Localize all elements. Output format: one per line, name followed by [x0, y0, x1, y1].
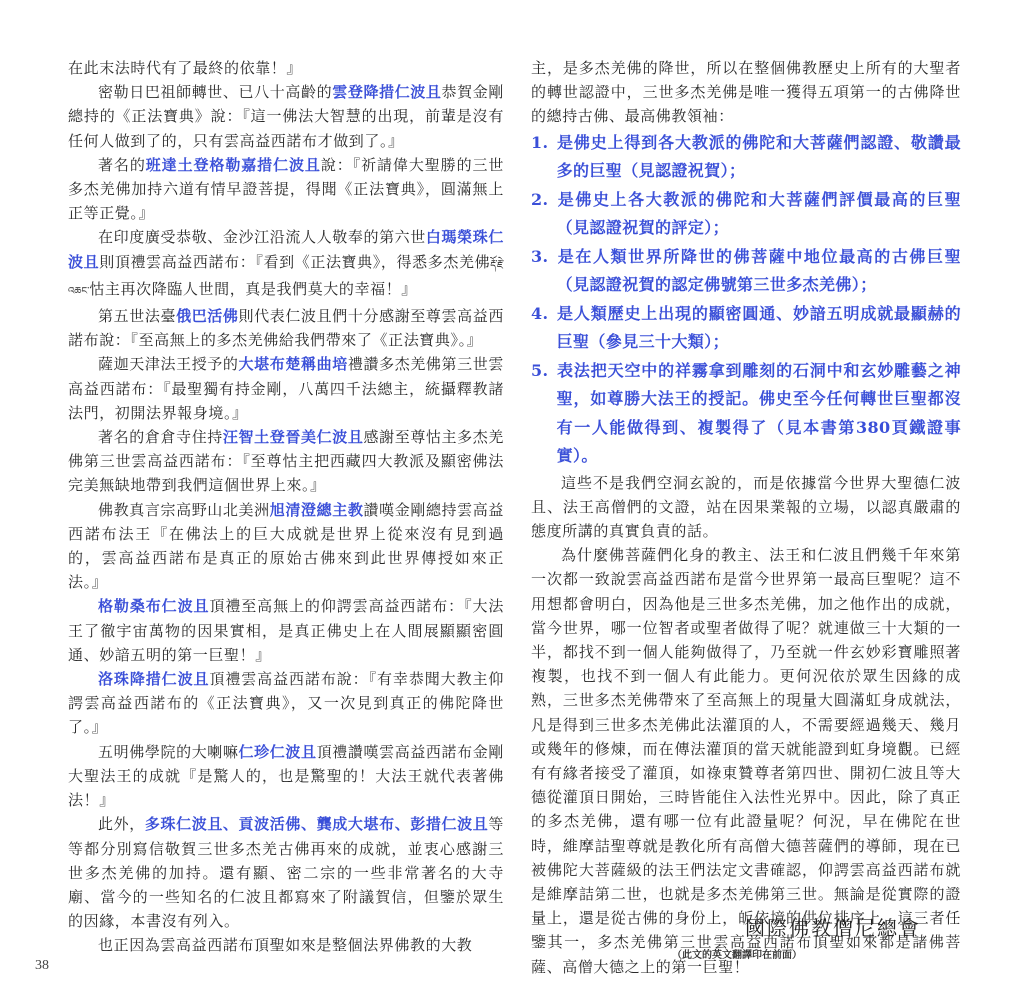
list-text: 是佛史上各大教派的佛陀和大菩薩們評價最高的巨聖（見認證祝賀的評定）；: [557, 190, 961, 238]
page-number: 38: [35, 958, 49, 974]
list-text: 是在人類世界所降世的佛菩薩中地位最高的古佛巨聖（見認證祝賀的認定佛號第三世多杰羌…: [557, 247, 961, 295]
text-segment: 在此末法時代有了最終的依靠！』: [68, 59, 302, 77]
body-paragraph: 著名的倉倉寺住持汪智土登晉美仁波且感謝至尊怙主多杰羌佛第三世雲高益西諾布：『至尊…: [68, 425, 504, 498]
body-paragraph: 密勒日巴祖師轉世、已八十高齡的雲登降措仁波且恭賀金剛總持的《正法寶典》說：『這一…: [68, 80, 504, 153]
highlighted-name: 俄巴活佛: [176, 307, 238, 325]
list-number: 1.: [531, 129, 557, 158]
list-number: 5.: [531, 357, 557, 386]
text-segment: 著名的: [98, 156, 146, 174]
body-paragraph: 格勒桑布仁波且頂禮至高無上的仰諤雲高益西諾布：『大法王了徹宇宙萬物的因果實相，是…: [68, 594, 504, 667]
translation-note: （此文的英文翻譯印在前面）: [672, 946, 802, 961]
text-segment: 第五世法臺: [98, 307, 176, 325]
body-paragraph: 第五世法臺俄巴活佛則代表仁波且們十分感謝至尊雲高益西諾布說：『至高無上的多杰羌佛…: [68, 304, 504, 352]
signature-organization: 國際佛教僧尼總會: [745, 912, 921, 941]
highlighted-name: 多珠仁波且、貢波活佛、龔成大堪布、彭措仁波且: [145, 815, 489, 833]
text-segment: 則頂禮雲高益西諾布：『看到《正法寶典》，得悉多杰羌佛: [99, 253, 490, 271]
highlighted-name: 大堪布楚稱曲培: [239, 355, 348, 373]
body-paragraph: 也正因為雲高益西諾布頂聖如來是整個法界佛教的大教: [68, 933, 504, 957]
highlighted-name: 汪智土登晉美仁波且: [223, 428, 364, 446]
body-paragraph: 五明佛學院的大喇嘛仁珍仁波且頂禮讚嘆雲高益西諾布金剛大聖法王的成就『是驚人的，也…: [68, 740, 504, 813]
highlighted-name: 仁珍仁波且: [239, 743, 317, 761]
list-item: 3.是在人類世界所降世的佛菩薩中地位最高的古佛巨聖（見認證祝賀的認定佛號第三世多…: [531, 243, 961, 300]
left-column: 在此末法時代有了最終的依靠！』密勒日巴祖師轉世、已八十高齡的雲登降措仁波且恭賀金…: [68, 56, 504, 958]
body-paragraph: 在此末法時代有了最終的依靠！』: [68, 56, 504, 80]
highlighted-name: 旭清澄總主教: [270, 501, 364, 519]
highlighted-name: 洛珠降措仁波且: [98, 670, 209, 688]
text-segment: 著名的倉倉寺住持: [98, 428, 223, 446]
list-item: 4.是人類歷史上出現的顯密圓通、妙諳五明成就最顯赫的巨聖（參見三十大類）；: [531, 300, 961, 357]
highlighted-name: 班達土登格勒嘉措仁波且: [146, 156, 321, 174]
body-paragraph: 在印度廣受恭敬、金沙江沿流人人敬奉的第六世白瑪榮珠仁波且則頂禮雲高益西諾布：『看…: [68, 225, 504, 304]
list-text: 是人類歷史上出現的顯密圓通、妙諳五明成就最顯赫的巨聖（參見三十大類）；: [557, 304, 961, 352]
five-firsts-list: 1.是佛史上得到各大教派的佛陀和大菩薩們認證、敬讚最多的巨聖（見認證祝賀）； 2…: [531, 129, 961, 471]
text-segment: 也正因為雲高益西諾布頂聖如來是整個法界佛教的大教: [98, 936, 472, 954]
body-paragraph: 這些不是我們空洞玄說的，而是依據當今世界大聖德仁波且、法王高僧們的文證，站在因果…: [531, 471, 961, 544]
right-intro-paragraph: 主，是多杰羌佛的降世，所以在整個佛教歷史上所有的大聖者的轉世認證中，三世多杰羌佛…: [531, 56, 961, 129]
list-item: 5.表法把天空中的祥霧拿到雕刻的石洞中和玄妙雕藝之神聖，如尊勝大法王的授記。佛史…: [531, 357, 961, 471]
right-column: 主，是多杰羌佛的降世，所以在整個佛教歷史上所有的大聖者的轉世認證中，三世多杰羌佛…: [531, 56, 961, 979]
text-segment: 佛教真言宗高野山北美洲: [98, 501, 270, 519]
list-number: 4.: [531, 300, 557, 329]
text-segment: 密勒日巴祖師轉世、已八十高齡的: [98, 83, 332, 101]
body-paragraph: 此外，多珠仁波且、貢波活佛、龔成大堪布、彭措仁波且等等都分別寫信敬賀三世多杰羌古…: [68, 812, 504, 933]
list-number: 2.: [531, 186, 557, 215]
highlighted-name: 格勒桑布仁波且: [98, 597, 209, 615]
list-item: 1.是佛史上得到各大教派的佛陀和大菩薩們認證、敬讚最多的巨聖（見認證祝賀）；: [531, 129, 961, 186]
list-item: 2.是佛史上各大教派的佛陀和大菩薩們評價最高的巨聖（見認證祝賀的評定）；: [531, 186, 961, 243]
text-segment: 薩迦天津法王授予的: [98, 355, 239, 373]
text-segment: 此外，: [98, 815, 145, 833]
body-paragraph: 著名的班達土登格勒嘉措仁波且說：『祈請偉大聖勝的三世多杰羌佛加持六道有情早證菩提…: [68, 153, 504, 226]
body-paragraph: 薩迦天津法王授予的大堪布楚稱曲培禮讚多杰羌佛第三世雲高益西諾布：『最聖獨有持金剛…: [68, 352, 504, 425]
text-segment: 五明佛學院的大喇嘛: [98, 743, 239, 761]
list-number: 3.: [531, 243, 557, 272]
list-text: 表法把天空中的祥霧拿到雕刻的石洞中和玄妙雕藝之神聖，如尊勝大法王的授記。佛史至今…: [557, 361, 961, 466]
highlighted-name: 雲登降措仁波且: [332, 83, 441, 101]
body-paragraph: 佛教真言宗高野山北美洲旭清澄總主教讚嘆金剛總持雲高益西諾布法王『在佛法上的巨大成…: [68, 498, 504, 595]
body-paragraph: 洛珠降措仁波且頂禮雲高益西諾布說：『有幸恭聞大教主仰諤雲高益西諾布的《正法寶典》…: [68, 667, 504, 740]
text-segment: 在印度廣受恭敬、金沙江沿流人人敬奉的第六世: [98, 228, 426, 246]
list-text: 是佛史上得到各大教派的佛陀和大菩薩們認證、敬讚最多的巨聖（見認證祝賀）；: [557, 133, 961, 181]
text-segment: 怙主再次降臨人世間，真是我們莫大的幸福！』: [89, 280, 417, 298]
